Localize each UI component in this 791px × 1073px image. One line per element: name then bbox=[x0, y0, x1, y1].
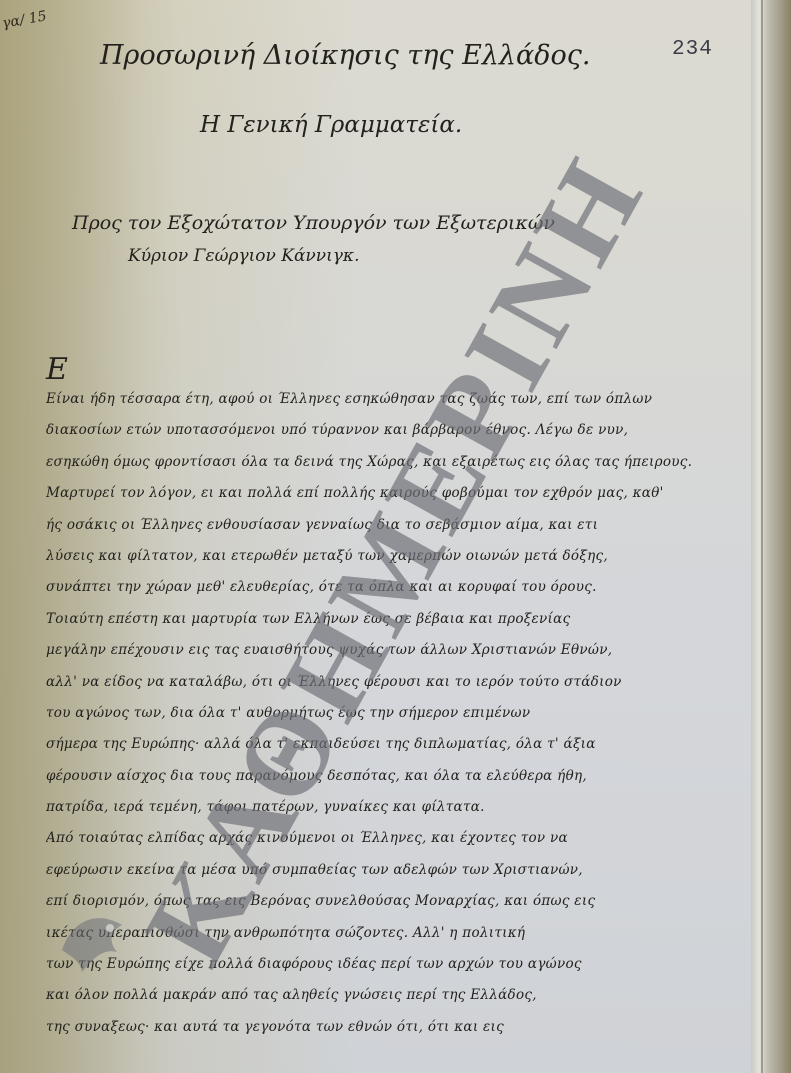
page-number-stamp: 234 bbox=[672, 38, 713, 61]
page-binding-edge bbox=[751, 0, 791, 1073]
body-line: διακοσίων ετών υποτασσόμενοι υπό τύραννο… bbox=[46, 415, 722, 446]
body-line: Μαρτυρεί τον λόγον, ει και πολλά επί πολ… bbox=[46, 478, 722, 509]
body-line: λύσεις και φίλτατον, και ετερωθέν μεταξύ… bbox=[46, 541, 722, 572]
body-line: Τοιαύτη επέστη και μαρτυρία των Ελλήνων … bbox=[46, 604, 722, 635]
body-line: συνάπτει την χώραν μεθ' ελευθερίας, ότε … bbox=[46, 572, 722, 603]
drop-cap: Ε bbox=[46, 352, 68, 387]
body-line: φέρουσιν αίσχος δια τους παρανόμους δεσπ… bbox=[46, 761, 722, 792]
page-fold-line bbox=[761, 0, 763, 1073]
letter-body: Είναι ήδη τέσσαρα έτη, αφού οι Έλληνες ε… bbox=[46, 384, 722, 1043]
addressee-line-2: Κύριον Γεώργιον Κάννιγκ. bbox=[128, 246, 359, 266]
body-line: του αγώνος των, δια όλα τ' αυθορμήτως έω… bbox=[46, 698, 722, 729]
addressee-line-1: Προς τον Εξοχώτατον Υπουργόν των Εξωτερι… bbox=[72, 212, 555, 234]
body-line: εφεύρωσιν εκείνα τα μέσα υπό συμπαθείας … bbox=[46, 855, 722, 886]
body-line: και όλον πολλά μακράν από τας αληθείς γν… bbox=[46, 980, 722, 1011]
document-subheading: Η Γενική Γραμματεία. bbox=[200, 112, 462, 138]
document-heading: Προσωρινή Διοίκησις της Ελλάδος. bbox=[100, 40, 590, 71]
body-line: σήμερα της Ευρώπης· αλλά όλα τ' εκπαιδεύ… bbox=[46, 729, 722, 760]
body-line: Είναι ήδη τέσσαρα έτη, αφού οι Έλληνες ε… bbox=[46, 384, 722, 415]
body-line: της συναξεως· και αυτά τα γεγονότα των ε… bbox=[46, 1012, 722, 1043]
body-line: μεγάλην επέχουσιν εις τας ευαισθήτους ψυ… bbox=[46, 635, 722, 666]
body-line: Από τοιαύτας ελπίδας αρχάς κινούμενοι οι… bbox=[46, 823, 722, 854]
body-line: αλλ' να είδος να καταλάβω, ότι οι Έλληνε… bbox=[46, 667, 722, 698]
manuscript-scan: γα/ 15 234 Προσωρινή Διοίκησις της Ελλάδ… bbox=[0, 0, 791, 1073]
body-line: ής οσάκις οι Έλληνες ενθουσίασαν γενναίω… bbox=[46, 510, 722, 541]
body-line: πατρίδα, ιερά τεμένη, τάφοι πατέρων, γυν… bbox=[46, 792, 722, 823]
body-line: εσηκώθη όμως φροντίσασι όλα τα δεινά της… bbox=[46, 447, 722, 478]
body-line: των της Ευρώπης είχε πολλά διαφόρους ιδέ… bbox=[46, 949, 722, 980]
body-line: ικέτας υπεραπισθώσι την ανθρωπότητα σώζο… bbox=[46, 918, 722, 949]
body-line: επί διορισμόν, όπως τας εις Βερόνας συνε… bbox=[46, 886, 722, 917]
